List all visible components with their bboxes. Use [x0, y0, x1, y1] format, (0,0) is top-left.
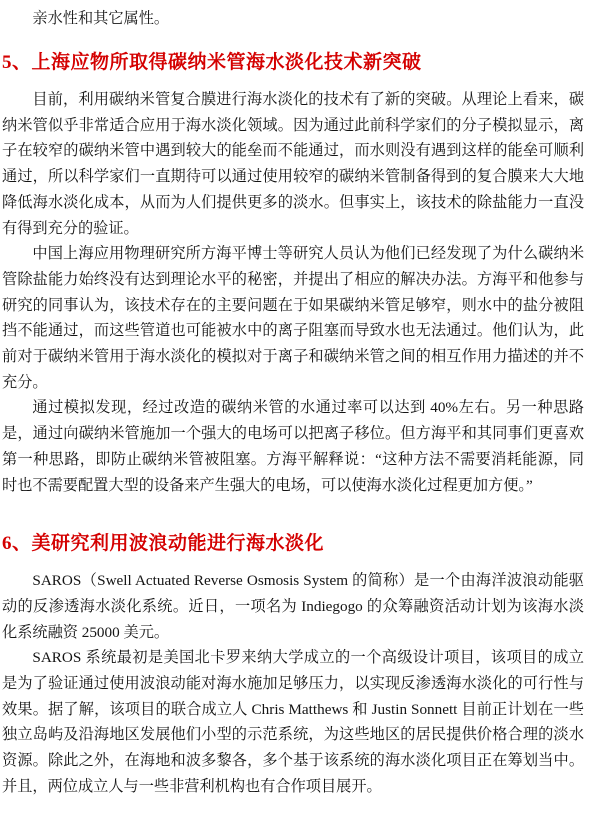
- section-5-paragraph-3: 通过模拟发现，经过改造的碳纳米管的水通过率可以达到 40%左右。另一种思路是，通…: [2, 395, 584, 498]
- section-5-heading: 5、上海应物所取得碳纳米管海水淡化技术新突破: [2, 49, 584, 77]
- intro-fragment-text: 亲水性和其它属性。: [2, 6, 584, 32]
- section-6-heading: 6、美研究利用波浪动能进行海水淡化: [2, 530, 584, 558]
- section-6-paragraph-2: SAROS 系统最初是美国北卡罗来纳大学成立的一个高级设计项目，该项目的成立是为…: [2, 645, 584, 799]
- section-5-paragraph-1: 目前，利用碳纳米管复合膜进行海水淡化的技术有了新的突破。从理论上看来，碳纳米管似…: [2, 87, 584, 241]
- section-6-paragraph-1: SAROS（Swell Actuated Reverse Osmosis Sys…: [2, 568, 584, 645]
- section-5-paragraph-2: 中国上海应用物理研究所方海平博士等研究人员认为他们已经发现了为什么碳纳米管除盐能…: [2, 241, 584, 395]
- document-page: 亲水性和其它属性。 5、上海应物所取得碳纳米管海水淡化技术新突破 目前，利用碳纳…: [0, 0, 590, 831]
